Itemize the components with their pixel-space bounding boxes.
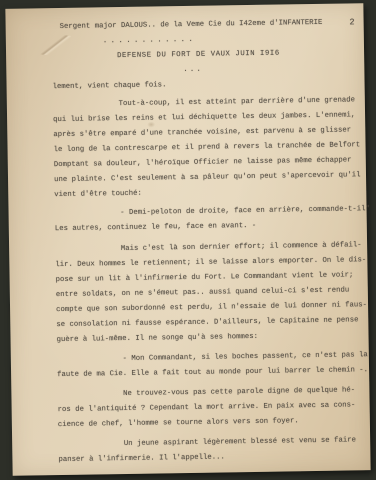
paragraph-continuation: lement, vient chaque fois.	[52, 75, 362, 95]
paragraph: Mais c'est là son dernier effort; il com…	[55, 238, 367, 348]
paragraph-dialogue: - Mon Commandant, si les boches passent,…	[57, 348, 367, 383]
document-page: 2 Sergent major DALOUS.. de la Veme Cie …	[5, 3, 370, 476]
paragraph: Ne trouvez-vous pas cette parole digne d…	[57, 383, 368, 433]
paragraph: Un jeune aspirant légèrement blessé est …	[58, 433, 368, 468]
paragraph-dialogue: - Demi-peloton de droite, face en arrièr…	[54, 202, 364, 237]
paragraph: Tout-à-coup, il est atteint par derrière…	[53, 93, 365, 203]
page-content: Sergent major DALOUS.. de la Veme Cie du…	[5, 3, 370, 476]
photo-background: 2 Sergent major DALOUS.. de la Veme Cie …	[0, 0, 376, 480]
